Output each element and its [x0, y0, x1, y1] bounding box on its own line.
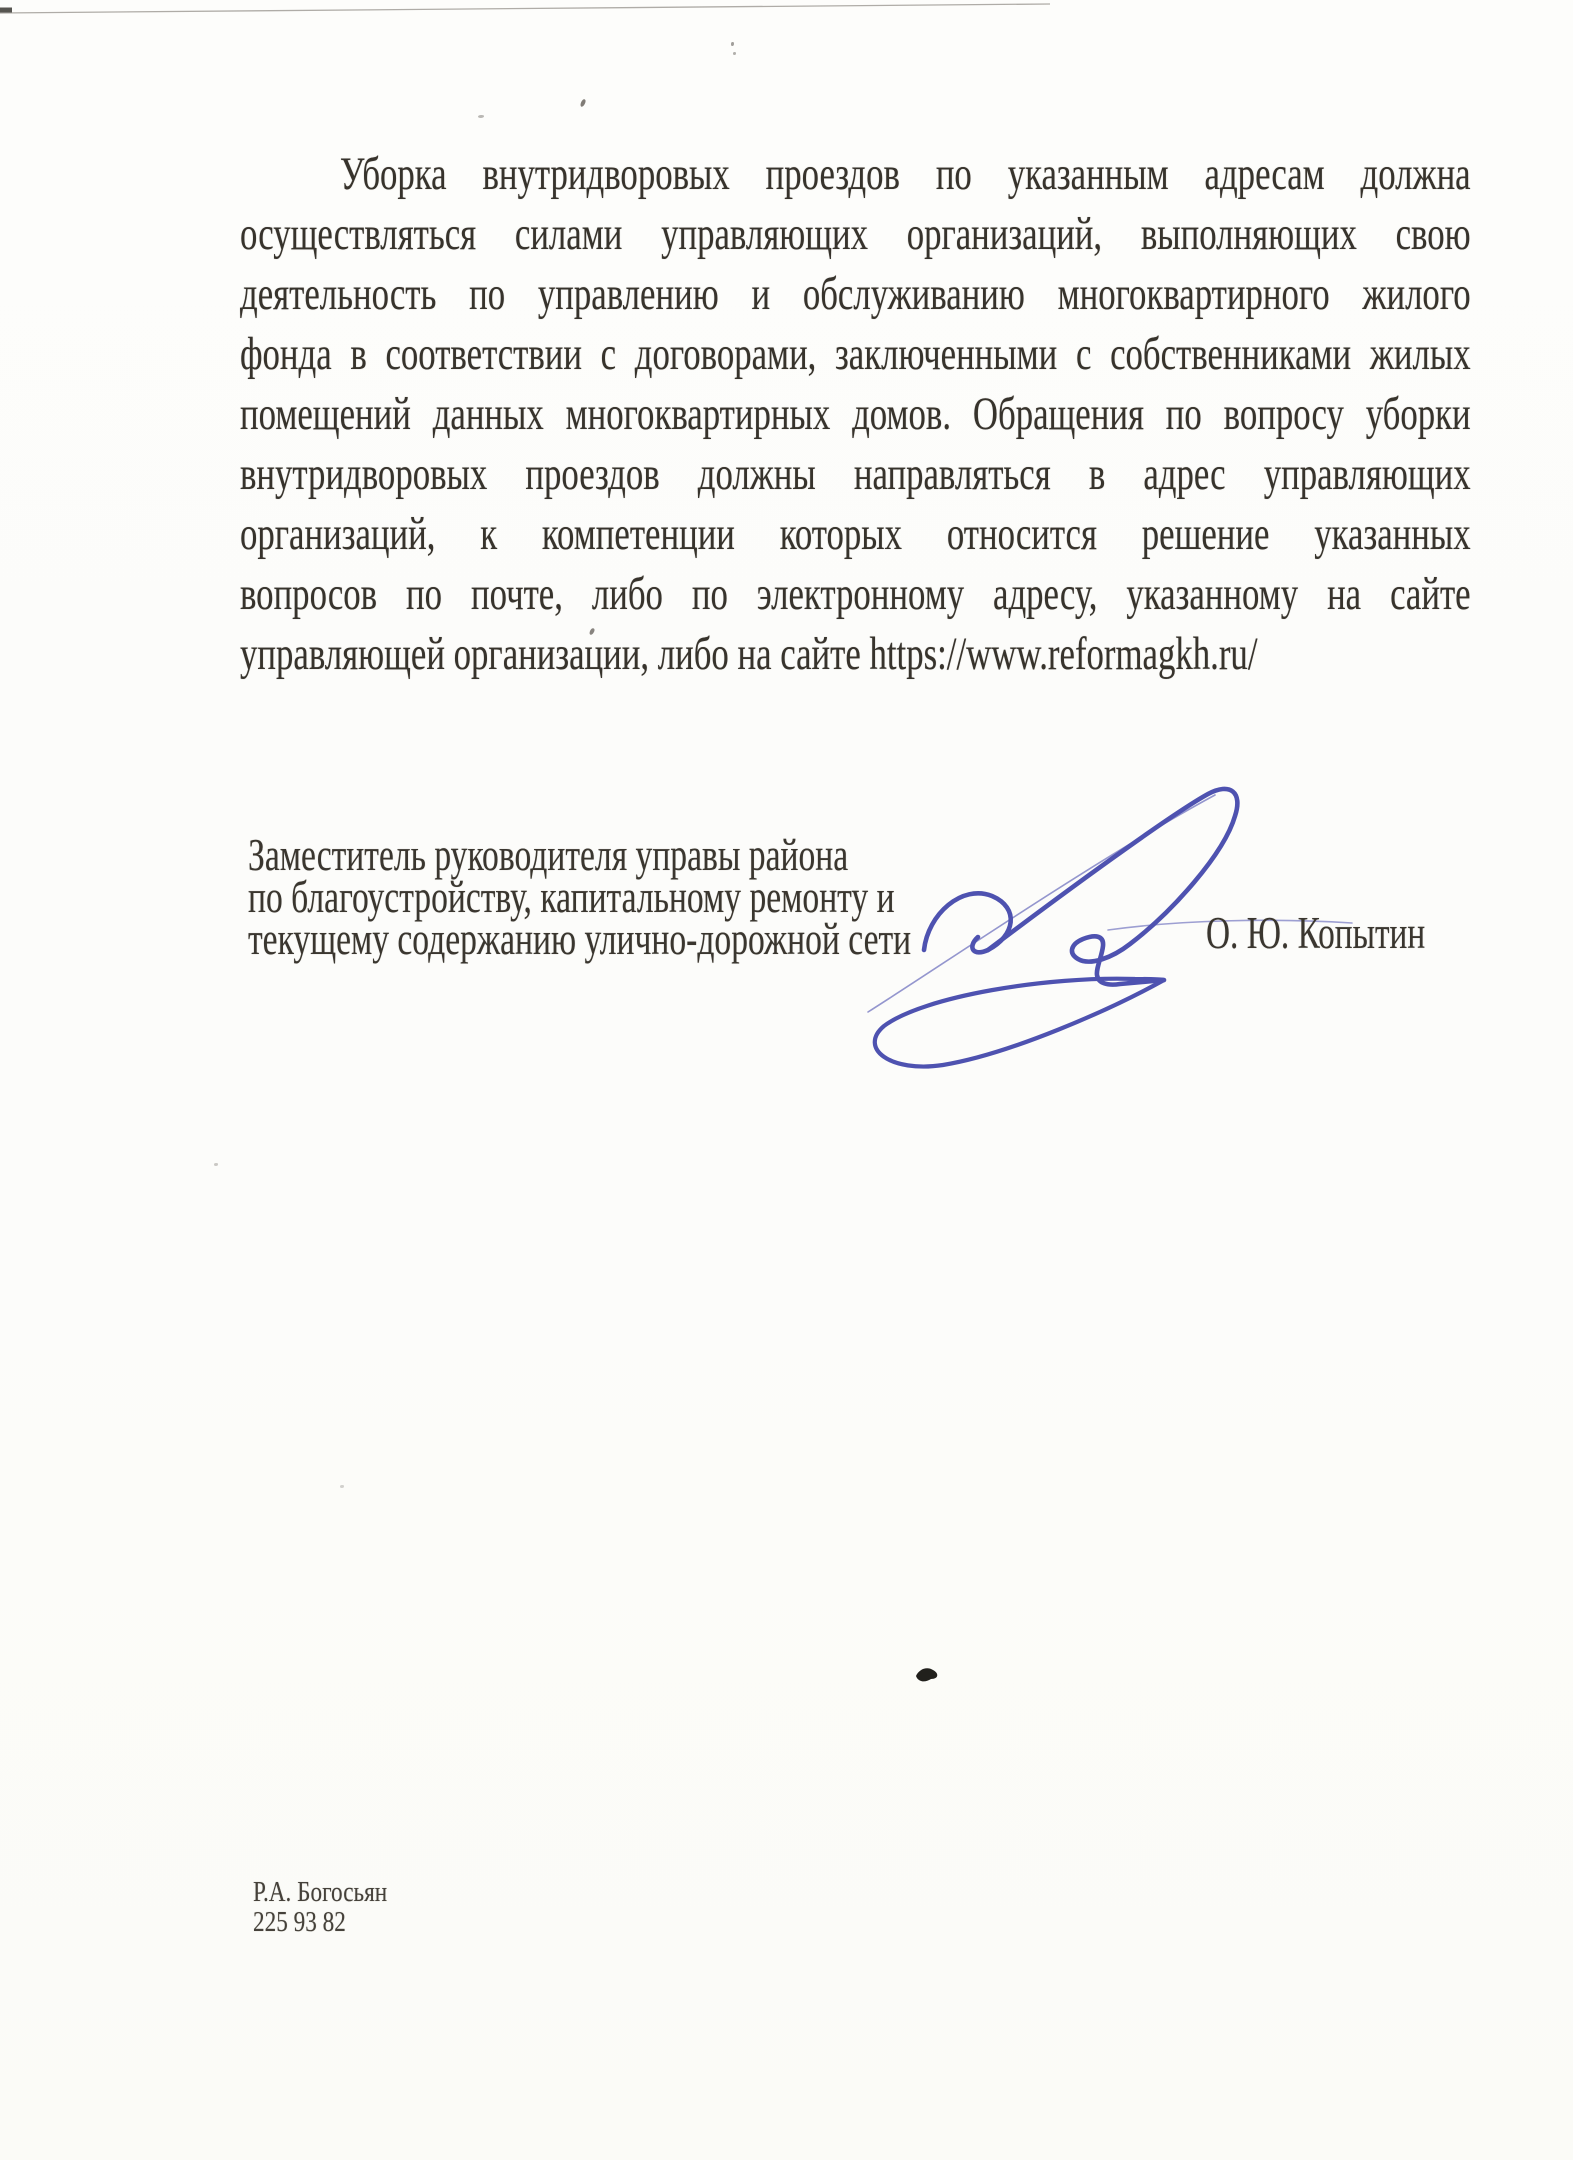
signature-flourish: [875, 979, 1164, 1067]
signer-name: О. Ю. Копытин: [1206, 912, 1425, 954]
paragraph-line-3: деятельность по управлению и обслуживани…: [240, 264, 1471, 324]
scan-speck: [478, 115, 484, 118]
executor-block: Р.А. Богосьян 225 93 82: [253, 1877, 387, 1937]
executor-phone: 225 93 82: [253, 1907, 387, 1937]
signer-title-block: Заместитель руководителя управы района п…: [248, 834, 911, 960]
paragraph-line-6: внутридворовых проездов должны направлят…: [240, 444, 1471, 504]
scan-speck: [731, 42, 734, 46]
executor-name: Р.А. Богосьян: [253, 1877, 387, 1907]
paragraph-line-5: помещений данных многоквартирных домов. …: [240, 384, 1471, 444]
paragraph-line-2: осуществляться силами управляющих органи…: [240, 204, 1471, 264]
paragraph-line-1: Уборка внутридворовых проездов по указан…: [240, 144, 1471, 204]
paragraph-line-8: вопросов по почте, либо по электронному …: [240, 564, 1471, 624]
scan-speck: [340, 1485, 344, 1488]
signature-main-loop: [988, 789, 1237, 985]
signer-title-line-2: по благоустройству, капитальному ремонту…: [248, 876, 911, 918]
body-paragraph: Уборка внутридворовых проездов по указан…: [240, 144, 1471, 684]
paragraph-line-9-with-url: управляющей организации, либо на сайте h…: [240, 624, 1471, 684]
scanned-letter-page: Уборка внутридворовых проездов по указан…: [0, 0, 1573, 2160]
scan-speck: [214, 1163, 218, 1166]
ink-blob-artifact: [912, 1664, 942, 1686]
paragraph-line-7: организаций, к компетенции которых относ…: [240, 504, 1471, 564]
signer-title-line-3: текущему содержанию улично-дорожной сети: [248, 918, 911, 960]
paragraph-line-4: фонда в соответствии с договорами, заклю…: [240, 324, 1471, 384]
scan-speck: [733, 52, 736, 55]
scan-speck: [580, 99, 587, 108]
scanner-edge-line: [0, 0, 1100, 20]
signer-title-line-1: Заместитель руководителя управы района: [248, 834, 911, 876]
